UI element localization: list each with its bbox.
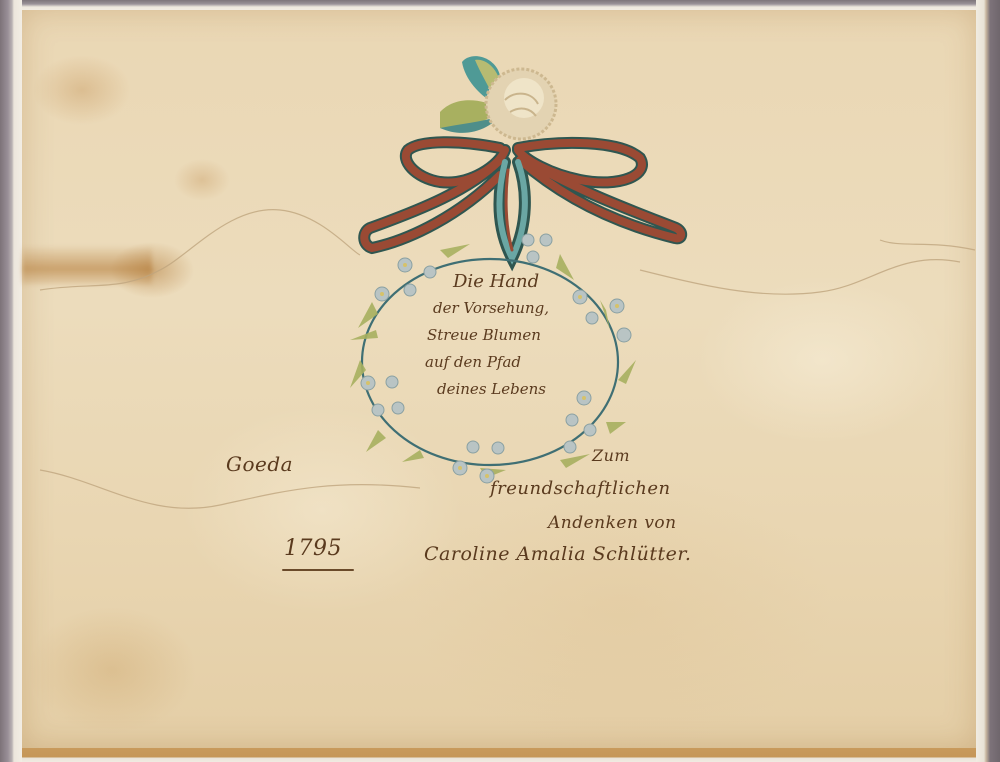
rose-icon (486, 69, 556, 139)
dedication-line: Zum (592, 446, 630, 465)
verse-line: Streue Blumen (425, 322, 605, 349)
verse-line: deines Lebens (425, 376, 605, 403)
dedication-line: freundschaftlichen (490, 478, 671, 499)
verse-line: Die Hand (425, 268, 605, 295)
year: 1795 (284, 536, 342, 561)
verse-line: auf den Pfad (425, 349, 605, 376)
place-name: Goeda (226, 452, 293, 476)
signature: Caroline Amalia Schlütter. (424, 543, 691, 565)
verse-line: der Vorsehung, (425, 295, 605, 322)
verse-text: Die Hand der Vorsehung, Streue Blumen au… (425, 268, 605, 403)
dedication-line: Andenken von (548, 513, 677, 533)
year-underline (282, 569, 354, 571)
